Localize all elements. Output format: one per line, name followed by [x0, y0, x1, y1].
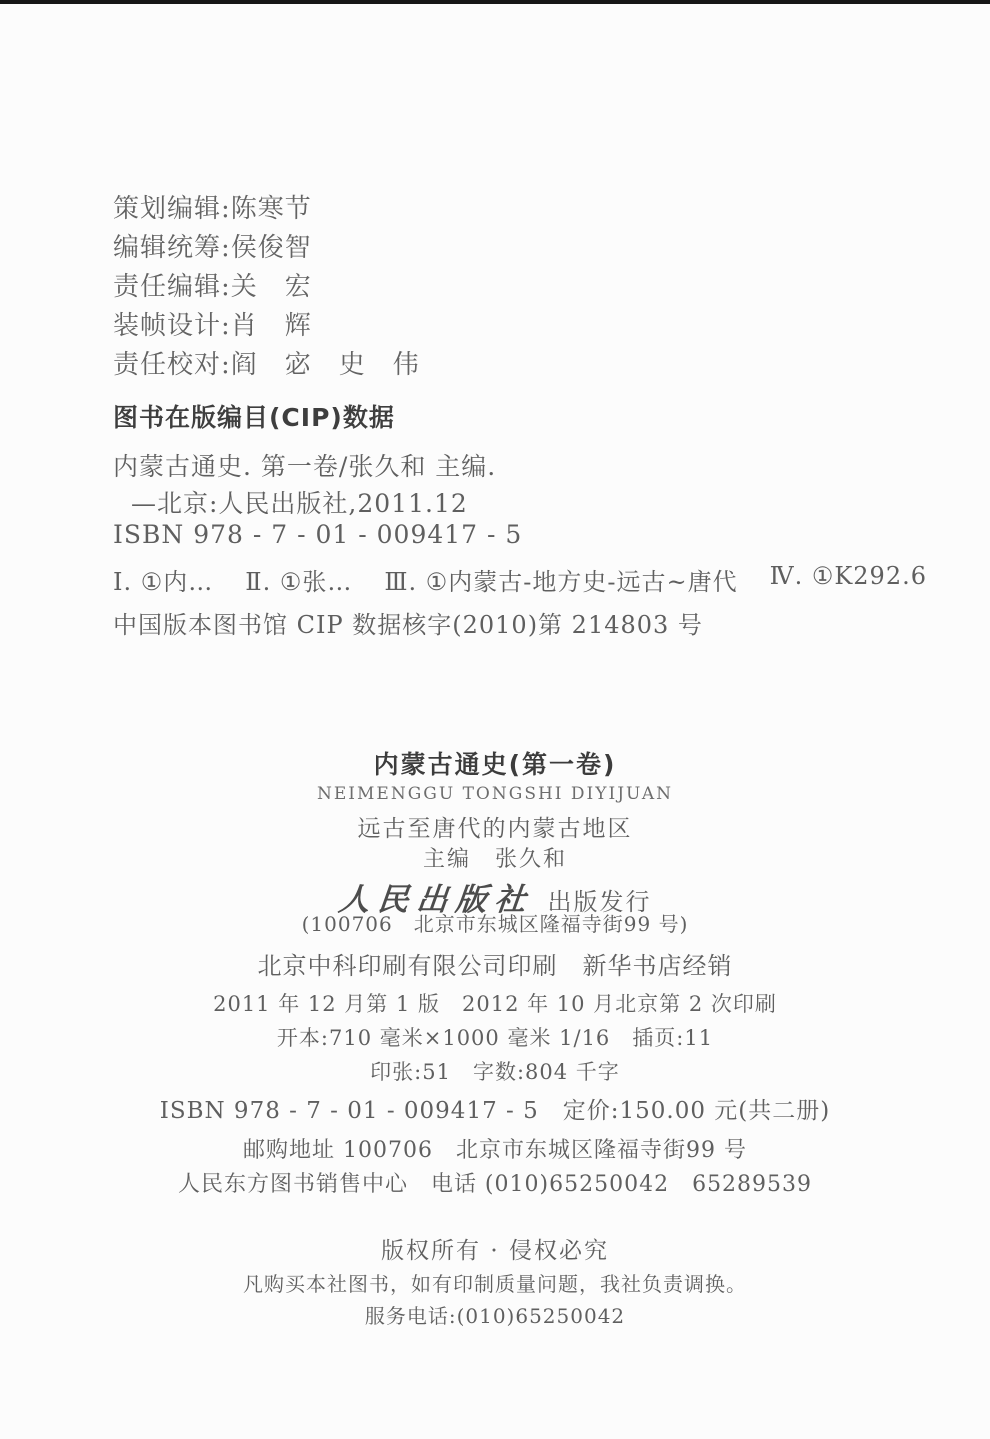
credit-line-proofreaders: 责任校对:阎 宓 史 伟 [113, 346, 420, 385]
cip-class-item-4: Ⅳ. ①K292.6 [770, 562, 927, 597]
service-phone: 服务电话:(010)65250042 [0, 1300, 990, 1329]
printer-distributor-line: 北京中科印刷有限公司印刷 新华书店经销 [0, 946, 990, 981]
credit-line-coordinating-editor: 编辑统筹:侯俊智 [113, 229, 420, 268]
format-line: 开本:710 毫米×1000 毫米 1/16 插页:11 [0, 1022, 990, 1052]
book-subtitle: 远古至唐代的内蒙古地区 [0, 810, 990, 843]
cip-title-line: 内蒙古通史. 第一卷/张久和 主编. [113, 447, 496, 483]
copyright-page: 策划编辑:陈寒节 编辑统筹:侯俊智 责任编辑:关 宏 装帧设计:肖 辉 责任校对… [0, 0, 990, 1439]
cip-class-item-3: Ⅲ. ①内蒙古-地方史-远古~唐代 [384, 562, 737, 597]
scan-edge-strip [0, 0, 990, 4]
cip-class-item-2: Ⅱ. ①张… [245, 562, 352, 597]
cip-isbn-line: ISBN 978 - 7 - 01 - 009417 - 5 [113, 520, 522, 549]
isbn-price-line: ISBN 978 - 7 - 01 - 009417 - 5 定价:150.00… [0, 1092, 990, 1125]
editorial-credits: 策划编辑:陈寒节 编辑统筹:侯俊智 责任编辑:关 宏 装帧设计:肖 辉 责任校对… [113, 190, 420, 385]
publisher-address: (100706 北京市东城区隆福寺街99 号) [0, 908, 990, 937]
book-title-pinyin: NEIMENGGU TONGSHI DIYIJUAN [0, 784, 990, 804]
sales-center-line: 人民东方图书销售中心 电话 (010)65250042 65289539 [0, 1167, 990, 1198]
chief-editor-line: 主编 张久和 [0, 842, 990, 873]
sheets-wordcount-line: 印张:51 字数:804 千字 [0, 1056, 990, 1086]
credit-line-planning-editor: 策划编辑:陈寒节 [113, 190, 420, 229]
cip-class-item-1: Ⅰ. ①内… [113, 562, 213, 597]
credit-line-responsible-editor: 责任编辑:关 宏 [113, 268, 420, 307]
edition-line: 2011 年 12 月第 1 版 2012 年 10 月北京第 2 次印刷 [0, 988, 990, 1018]
quality-exchange-notice: 凡购买本社图书，如有印制质量问题，我社负责调换。 [0, 1268, 990, 1297]
book-title: 内蒙古通史(第一卷) [0, 745, 990, 781]
cip-publisher-line: —北京:人民出版社,2011.12 [131, 484, 468, 520]
cip-classification: Ⅰ. ①内… Ⅱ. ①张… Ⅲ. ①内蒙古-地方史-远古~唐代 Ⅳ. ①K292… [113, 562, 927, 597]
cip-header: 图书在版编目(CIP)数据 [113, 398, 395, 434]
rights-notice: 版权所有 · 侵权必究 [0, 1232, 990, 1265]
credit-line-design: 装帧设计:肖 辉 [113, 307, 420, 346]
cip-record-number: 中国版本图书馆 CIP 数据核字(2010)第 214803 号 [113, 605, 703, 640]
mail-order-address: 邮购地址 100706 北京市东城区隆福寺街99 号 [0, 1133, 990, 1164]
